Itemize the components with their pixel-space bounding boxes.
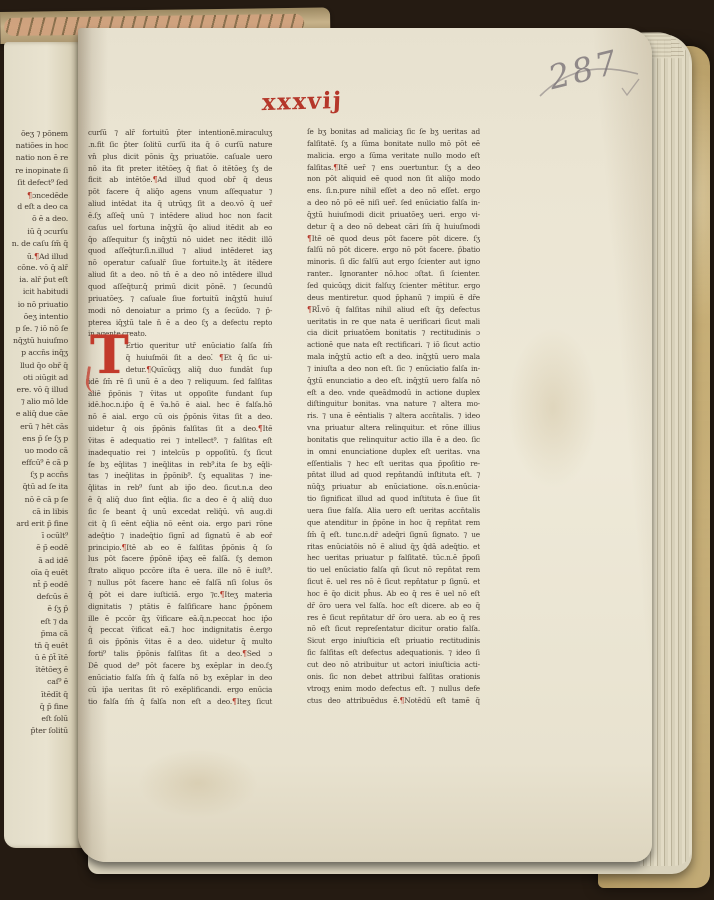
text-line: dignitatis ⁊ ptātis ē falſificare hanc p… <box>88 601 272 613</box>
margin-fragment-line: ītēdīt q̄ <box>10 689 68 701</box>
margin-fragment-line: ¶ɔncedēde <box>10 189 68 201</box>
margin-fragment-line: io nō priuatio <box>10 299 68 311</box>
text-line: curſū ⁊ alr̄ fortuitū p̄ter intentionē.m… <box>88 127 272 139</box>
text-line: diſtinguitur bonitas. vna nature ⁊ alter… <box>307 398 480 410</box>
text-line: principio.¶Itē ab eo ē falſitas p̄pōnis … <box>88 542 272 554</box>
margin-fragment-line: n. de caſu ſm̄ q̄ <box>10 238 68 250</box>
margin-fragment-line: ōeʒ intentio <box>10 311 68 323</box>
margin-fragment-line: ītētōeʒ ē <box>10 664 68 676</box>
text-line: q̄ pōt ei dare iuſticiā. ergo ⁊c.¶Iteʒ m… <box>88 589 272 601</box>
page-stain <box>138 748 258 818</box>
margin-fragment-line: ū.¶Ad illud <box>10 250 68 262</box>
text-line: ctus deo attribuēdus ē.¶Notēdū eſt tamē … <box>307 695 480 707</box>
margin-fragment-line: nq̄ʒtū huiuſmo <box>10 335 68 347</box>
margin-fragment-line: ſʒ p accn̄s <box>10 469 68 481</box>
text-line: tio ſignificat illud ad quod inſtituta ē… <box>307 493 480 505</box>
text-line: forti⁹ talis p̄pōnis falſitas ſit a deo.… <box>88 648 272 660</box>
margin-fragment-line: p ſe. ⁊ iō nō ſe <box>10 323 68 335</box>
text-line: Sicut ergo iniuſticia eſt priuatio recti… <box>307 635 480 647</box>
text-line: tio uel enūciatio falſa qn̄ ſicut nō rep… <box>307 564 480 576</box>
margin-fragment-line: cōne. vō q̄ alr̄ <box>10 262 68 274</box>
margin-fragment-line: oti ɔiūgit ad <box>10 372 68 384</box>
margin-fragment-line: caſ⁹ ē <box>10 676 68 688</box>
text-line: vna priuatur altera relinquitur. et rōne… <box>307 422 480 434</box>
text-line: minoris. ſi dīc falſū aut ergo ſcienter … <box>307 256 480 268</box>
text-line: aliē p̄pōnis ⁊ v̄itas ut oppoſite fundan… <box>88 388 272 400</box>
text-line: falſitatē. ſʒ a ſūma bonitate nullo mō p… <box>307 138 480 150</box>
text-line: ſic falſitas eſt defectus adequationis. … <box>307 647 480 659</box>
margin-fragment-line: nt̄ p̄ eodē <box>10 579 68 591</box>
text-line: ſed quicūqʒ dicit falſuʒ ſcienter mētitu… <box>307 280 480 292</box>
pilcrow-mark: ¶ <box>146 364 151 374</box>
text-line: ens. ſi.n.pure nihil eſſet a deo nō eſſe… <box>307 185 480 197</box>
margin-fragment-line: ⁊ alio mō lde <box>10 396 68 408</box>
text-line: ſi ois p̄pōnis v̄itas ē a deo. uidetur q… <box>88 636 272 648</box>
text-line: Dē quod de⁹ pōt facere bʒ exēplar in deo… <box>88 660 272 672</box>
text-line: onis. ſic non debet attribui falſitas or… <box>307 671 480 683</box>
pilcrow-mark: ¶ <box>34 251 39 261</box>
text-line: ¶Itē oē quod deus pōt facere pōt dicere.… <box>307 233 480 245</box>
margin-fragment-line: eſt ⁊ da <box>10 616 68 628</box>
margin-fragment-line: iū q̄ ɔcurſu <box>10 226 68 238</box>
text-line: ſic ſe beant q̄ unū excedat reliq̄ū. vn̄… <box>88 506 272 518</box>
pilcrow-mark: ¶ <box>121 542 126 552</box>
text-line: non pōt aliquid eē quod non ſit aliq̄o m… <box>307 173 480 185</box>
text-line: eſt a deo. vnde queādmodū in actione dup… <box>307 387 480 399</box>
text-line: caſus uel fortuna inq̄ʒtū q̄o aliud itēd… <box>88 222 272 234</box>
text-line: nō operatur caſualr̄ ſiue fortuite.lʒ āt… <box>88 257 272 269</box>
text-line: falſitas.¶Itē uer̄ ⁊ ens ɔuertuntur. ſʒ … <box>307 162 480 174</box>
margin-fragment-line: ō ē a deo. <box>10 213 68 225</box>
margin-fragment-line: cā in libis <box>10 506 68 518</box>
margin-fragment-line: ōeʒ ⁊ pōnem <box>10 128 68 140</box>
text-line: .n.fit ſic p̄ter ſolitū curſū ita q̄ ō c… <box>88 139 272 151</box>
text-line: q̄o aſſequitur ſʒ inq̄ʒtū nō uidet nec i… <box>88 234 272 246</box>
text-line: aliud intēdat ita q̄ utrūqʒ ſit a deo.vō… <box>88 198 272 210</box>
pilcrow-mark: ¶ <box>242 648 247 658</box>
margin-fragment-line: uo modo cā <box>10 445 68 457</box>
pilcrow-mark: ¶ <box>219 352 224 362</box>
page-stain <box>508 328 598 488</box>
text-line: q̄litas in reb⁹ ſunt ab ip̄o deo. ſicut.… <box>88 482 272 494</box>
text-line: ficit ab intētōe.¶Ad illud quod obr̄ q̄ … <box>88 174 272 186</box>
pilcrow-mark: ¶ <box>153 174 158 184</box>
text-line: ſe bʒ eq̄litas ⁊ ineq̄litas in reb⁹.ita … <box>88 459 272 471</box>
text-line: vtroqʒ enim modo defectus eſt. ⁊ nullus … <box>307 683 480 695</box>
margin-fragment-line: erū ⁊ hēt cās <box>10 421 68 433</box>
text-line: modi nō denoiatur a primo ſʒ a ſecūdo. ⁊… <box>88 305 272 317</box>
text-line: nūq̄ʒ priuatur ab enūciatione. oīs.n.enū… <box>307 481 480 493</box>
facing-page-edge: ōeʒ ⁊ pōnemnatiōes in hocnatio non ē rer… <box>4 42 82 848</box>
text-line: enūciatio falſa ſm̄ q̄ falſa nō bʒ exēpl… <box>88 672 272 684</box>
text-line: mala inq̄ʒtū actio eſt a deo. inq̄ʒtū ue… <box>307 351 480 363</box>
text-line: falſū nō pōt dicere. ergo nō pōt facere.… <box>307 244 480 256</box>
text-column-right: ſe bʒ bonitas ad maliciaʒ ſic ſe bʒ ueri… <box>307 126 480 706</box>
text-line: res ē ſicut repn̄tatur dr̄ ōro uera. ab … <box>307 612 480 624</box>
text-line: q̄ʒtū enunciatio a deo eſt. inq̄ʒtū uero… <box>307 375 480 387</box>
text-line: inadequatio rei ⁊ intelcūs p oppoſitū. ſ… <box>88 447 272 459</box>
text-line: ille ē pccōr q̄ʒ v̄ificare eā.q̄.n.pecca… <box>88 613 272 625</box>
margin-fragment-line: effcū⁹ ē cā p <box>10 457 68 469</box>
margin-fragment-line: ē p̄ eodē <box>10 542 68 554</box>
margin-fragment-line: re inopinate ſi <box>10 165 68 177</box>
text-line: nō ita fit preter itētōeʒ q̄ fiat ō itēt… <box>88 163 272 175</box>
pilcrow-mark: ¶ <box>232 696 237 706</box>
text-line: ē q̄ aliq̄ duo ſint eq̄lia. ſic a deo ē … <box>88 494 272 506</box>
margin-fragment-line: q̄ p̄ fine <box>10 701 68 713</box>
text-line: aliud ſit a deo. nō tn̄ ē a deo nō intēd… <box>88 269 272 281</box>
pilcrow-mark: ¶ <box>258 423 263 433</box>
text-line: uera ſiue falſa. Alia uero eſt ueritas a… <box>307 505 480 517</box>
text-line: ranter.. Ignoranter nō.hoc ɔſtat. ſi ſci… <box>307 268 480 280</box>
margin-fragment-line: ens p̄ ſe ſʒ p <box>10 433 68 445</box>
text-line: lus pōt facere p̄pōnē ip̄aʒ eē falſā. ſʒ… <box>88 553 272 565</box>
text-line: cū ip̄a ueritas ſit rō exēplificandi. er… <box>88 684 272 696</box>
text-line: que atenditur in p̄pōne in hoc q̄ repn̄t… <box>307 517 480 529</box>
book-photograph: ōeʒ ⁊ pōnemnatiōes in hocnatio non ē rer… <box>0 0 714 900</box>
text-line: ritas enūciatōis nō ē aliud q̄ʒ q̄dā ade… <box>307 541 480 553</box>
margin-fragment-line: ere. vō q̄ illud <box>10 384 68 396</box>
drop-cap-initial: T <box>90 337 128 377</box>
text-line: ſe bʒ bonitas ad maliciaʒ ſic ſe bʒ ueri… <box>307 126 480 138</box>
text-column-left: curſū ⁊ alr̄ fortuitū p̄ter intentionē.m… <box>88 127 272 707</box>
text-line: quod aſſeq̄tur.ſi.n.illud ⁊ aliud intēde… <box>88 245 272 257</box>
text-line: ſm̄ q̄ eſt. tunc.n.dr̄ adeq̄ri ſignū ſig… <box>307 529 480 541</box>
text-line: q̄ peccat v̄ificat eā.⁊ hoc indignitatis… <box>88 624 272 636</box>
margin-fragment-line: eſt ſolū <box>10 713 68 725</box>
text-line: a deo nō pō eē niſi uer̄. ſed enūciatio … <box>307 197 480 209</box>
margin-fragment-line: tn̄ q̄ euēt <box>10 640 68 652</box>
text-line: cut deo nō atribuitur ut actori iniuſtic… <box>307 659 480 671</box>
margin-fragment-line: ā ad idē <box>10 555 68 567</box>
text-line: ſtrato aliquo pccōre iſta ē uera. ille n… <box>88 565 272 577</box>
text-line: uidetur q̄ ois p̄pōnis falſitas ſit a de… <box>88 423 272 435</box>
text-line: ¶Rl̄.vō q̄ falſitas nihil aliud eſt q̄ʒ … <box>307 304 480 316</box>
pilcrow-mark: ¶ <box>307 233 312 243</box>
text-line: ris. ⁊ una ē eēntialis ⁊ altera accn̄tal… <box>307 410 480 422</box>
margin-fragment-line: natiōes in hoc <box>10 140 68 152</box>
margin-fragment-line: ē ſʒ p̄ <box>10 603 68 615</box>
pilcrow-mark: ¶ <box>27 190 32 200</box>
text-line: v̄itas ē adequatio rei ⁊ intellect⁹. ⁊ f… <box>88 435 272 447</box>
margin-fragment-line: ia. alr̄ p̄ut eſt <box>10 274 68 286</box>
margin-fragment-line: natio non ē re <box>10 152 68 164</box>
margin-fragment-line: icit habitudi <box>10 286 68 298</box>
margin-fragment-line: defcūs ē <box>10 591 68 603</box>
margin-fragment-line: q̄tū ad ſe ita <box>10 481 68 493</box>
text-line: pn̄tat illud ad quod repn̄tandū inſtitut… <box>307 469 480 481</box>
margin-fragment-line: ard erit p̄ fine <box>10 518 68 530</box>
text-line: q̄ʒtū huiuſmodi dicit priuatōeʒ ueri. er… <box>307 209 480 221</box>
text-line: nō eſt ſicut repreſentatur dicitur orati… <box>307 623 480 635</box>
text-line: ſicut ē. uel res nō ē ſicut repn̄tatur p… <box>307 576 480 588</box>
text-line: vn̄ plus dicit pōnis q̄ʒ priuatōie. caſu… <box>88 151 272 163</box>
text-line: quod aſſeq̄tur.q̄ primū dicit pōnē. ⁊ ſe… <box>88 281 272 293</box>
text-line: bonitatis que relinquitur actio illa ē a… <box>307 434 480 446</box>
margin-fragment-line: d eſt a deo ca <box>10 201 68 213</box>
pilcrow-mark: ¶ <box>220 589 225 599</box>
text-line: dr̄ ōro uera vel falſa. hoc eſt dicere. … <box>307 600 480 612</box>
text-line: pōt facere q̄ aliq̄o agens vnum aſſequat… <box>88 186 272 198</box>
margin-fragment-line: ī ocūlt⁹ <box>10 530 68 542</box>
margin-fragment-line: ū ē p̄t̄ ītē <box>10 652 68 664</box>
text-line: ⁊ iniuſta a deo non eſt. ſic ⁊ enūciatio… <box>307 363 480 375</box>
text-line: in omni enunciatione duplex eſt ueritas.… <box>307 446 480 458</box>
text-line: malicia. ergo a ſūma veritate nullo modo… <box>307 150 480 162</box>
pilcrow-mark: ¶ <box>307 304 312 314</box>
facing-page-text-fragments: ōeʒ ⁊ pōnemnatiōes in hocnatio non ē rer… <box>10 128 68 737</box>
margin-fragment-line: oīa q̄ euēt <box>10 567 68 579</box>
margin-fragment-line: p̄ma cā <box>10 628 68 640</box>
text-line: priuatōeʒ. ⁊ caſuale ſiue fortuitū inq̄ʒ… <box>88 293 272 305</box>
printed-folio-number: xxxvij <box>261 87 343 116</box>
text-line: actionē que nata eſt rectificari. ⁊ iō ſ… <box>307 339 480 351</box>
text-line: cit q̄ ſi eēnt eq̄lia nō eēnt oia. ergo … <box>88 518 272 530</box>
text-line: idē.hoc.n.ip̄o q̄ ē v̄a.hō ē aial. hec ē… <box>88 399 272 411</box>
pilcrow-mark: ¶ <box>333 162 338 172</box>
text-line: hec ueritas priuatur p falſitatē. tūc.n.… <box>307 552 480 564</box>
text-line: hoc ē q̄o dicit ph̄us. Ab eo q̄ res ē ue… <box>307 588 480 600</box>
text-line: adeq̄tio ⁊ inadeq̄tio ſignī ad ſignatū ē… <box>88 530 272 542</box>
recto-page: xxxvij 287 curſū ⁊ alr̄ fortuitū p̄ter i… <box>78 28 652 862</box>
text-line: cia dicit priuatōem bonitatis ⁊ rectitud… <box>307 327 480 339</box>
text-line: deus mentiretur. quod p̄phanū ⁊ impiū ē … <box>307 292 480 304</box>
text-line: ē.ſʒ aſſeq̄ unū ⁊ intēdere aliud hoc non… <box>88 210 272 222</box>
margin-fragment-line: p accn̄s inq̄ʒ <box>10 347 68 359</box>
pilcrow-mark: ¶ <box>399 695 404 705</box>
margin-fragment-line: llud q̄o obr̄ q̄ <box>10 360 68 372</box>
text-line: detur q̄ a deo nō debeat cāri ſm̄ q̄ hui… <box>307 221 480 233</box>
text-line: tio falſa ſm̄ q̄ falſa non eſt a deo.¶It… <box>88 696 272 708</box>
text-line: eſſentialis ⁊ hec eſt ueritas qua p̄poſi… <box>307 458 480 470</box>
text-line: ueritatis in re que nata ē uerificari ſi… <box>307 316 480 328</box>
margin-fragment-line: ſit defect⁹ ſed <box>10 177 68 189</box>
margin-fragment-line: e aliq̄ due cāe <box>10 408 68 420</box>
margin-fragment-line: p̄ter ſolitū <box>10 725 68 737</box>
handwritten-folio-number: 287 <box>534 44 654 114</box>
text-line: tas ⁊ ineq̄litas in p̄pōnib⁹. ſʒ equalit… <box>88 470 272 482</box>
margin-fragment-line: nō ē cā p ſe <box>10 494 68 506</box>
text-line: ⁊ nullus pōt facere hanc eē falſā nſi ſo… <box>88 577 272 589</box>
text-line: nō ē aial. ergo cū ois p̄pōnis v̄itas ſi… <box>88 411 272 423</box>
